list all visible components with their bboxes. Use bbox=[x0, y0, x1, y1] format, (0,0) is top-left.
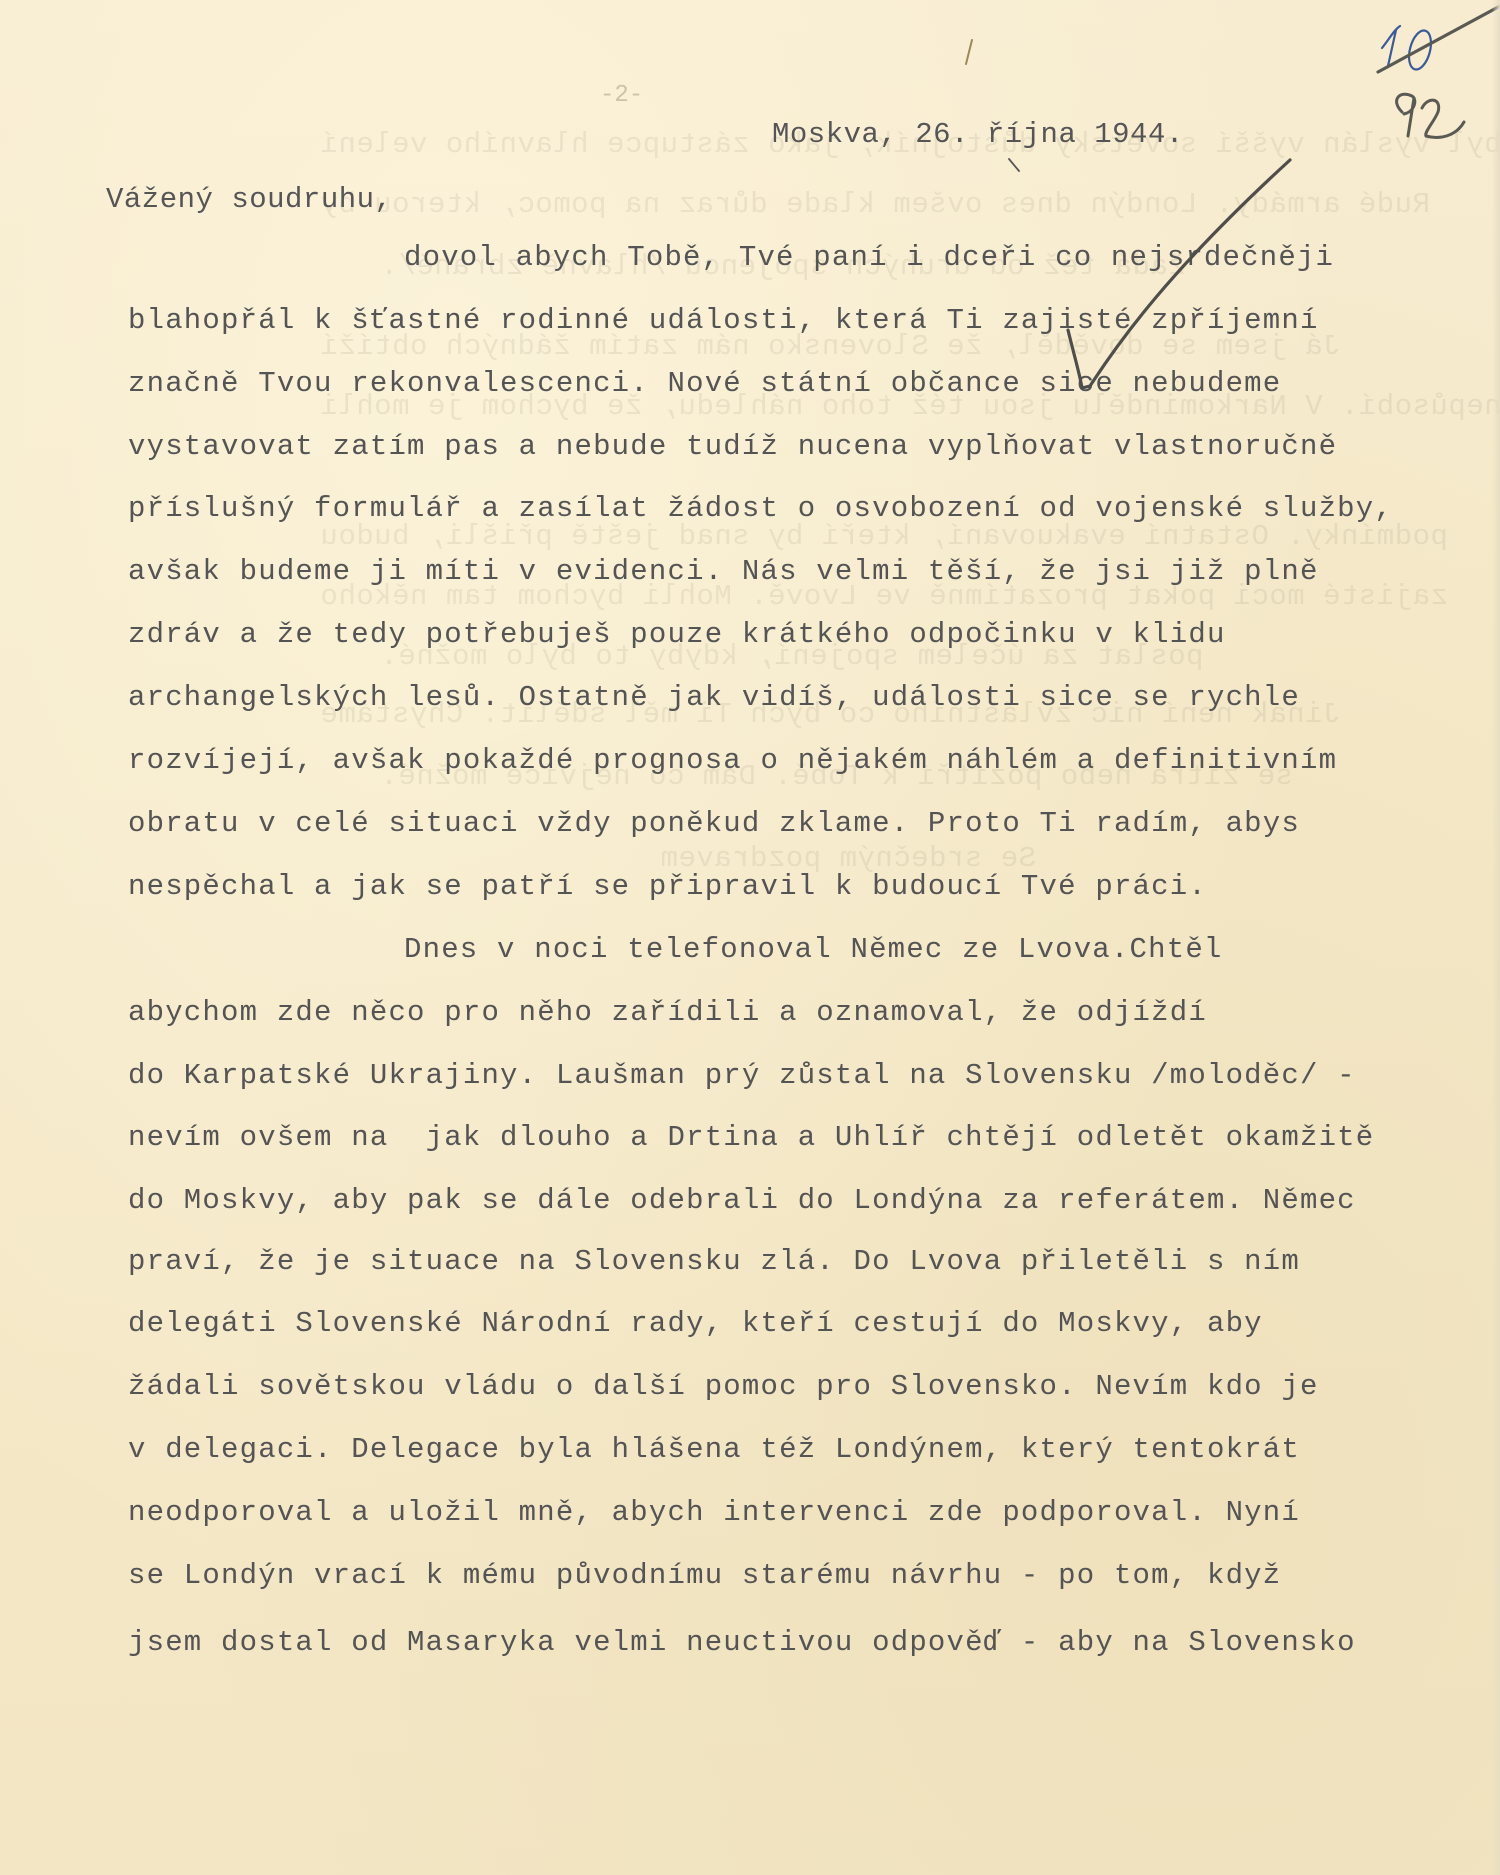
body-line: avšak budeme ji míti v evidenci. Nás vel… bbox=[128, 555, 1319, 588]
page-edge bbox=[1492, 0, 1500, 1875]
pencil-tick-icon bbox=[960, 38, 980, 68]
body-line: rozvíjejí, avšak pokaždé prognosa o něja… bbox=[128, 744, 1337, 777]
body-line: Dnes v noci telefonoval Němec ze Lvova.C… bbox=[404, 933, 1223, 966]
body-line: neodporoval a uložil mně, abych interven… bbox=[128, 1496, 1300, 1529]
body-line: blahopřál k šťastné rodinné události, kt… bbox=[128, 304, 1319, 337]
body-line: dovol abych Tobě, Tvé paní i dceři co ne… bbox=[404, 241, 1334, 274]
salutation: Vážený soudruhu, bbox=[106, 183, 392, 216]
body-line: archangelských lesů. Ostatně jak vidíš, … bbox=[128, 681, 1300, 714]
body-line: abychom zde něco pro něho zařídili a ozn… bbox=[128, 996, 1207, 1029]
page-number: -2- bbox=[600, 82, 643, 109]
body-line: nespěchal a jak se patří se připravil k … bbox=[128, 870, 1207, 903]
bleed-line: Rudé armády. Londýn dnes ovšem klade důr… bbox=[320, 188, 1430, 221]
body-line: značně Tvou rekonvalescenci. Nové státní… bbox=[128, 367, 1281, 400]
body-line: obratu v celé situaci vždy poněkud zklam… bbox=[128, 807, 1300, 840]
body-line: vystavovat zatím pas a nebude tudíž nuce… bbox=[128, 430, 1337, 463]
body-line: žádali sovětskou vládu o další pomoc pro… bbox=[128, 1370, 1319, 1403]
body-line: v delegaci. Delegace byla hlášena též Lo… bbox=[128, 1433, 1300, 1466]
date-line: Moskva, 26. října 1944. bbox=[772, 118, 1184, 151]
letter-page: byl vyslán vyšší sovětský důstojník, jak… bbox=[0, 0, 1500, 1875]
body-line: nevím ovšem na jak dlouho a Drtina a Uhl… bbox=[128, 1121, 1374, 1154]
body-line: praví, že je situace na Slovensku zlá. D… bbox=[128, 1245, 1300, 1278]
pencil-mark-icon bbox=[1005, 155, 1025, 175]
body-line: delegáti Slovenské Národní rady, kteří c… bbox=[128, 1307, 1263, 1340]
body-line: jsem dostal od Masaryka velmi neuctivou … bbox=[128, 1626, 1356, 1659]
folio-annotation-icon bbox=[1360, 0, 1500, 160]
body-line: zdráv a že tedy potřebuješ pouze krátkéh… bbox=[128, 618, 1226, 651]
body-line: příslušný formulář a zasílat žádost o os… bbox=[128, 492, 1393, 525]
body-line: do Moskvy, aby pak se dále odebrali do L… bbox=[128, 1184, 1356, 1217]
body-line: se Londýn vrací k mému původnímu starému… bbox=[128, 1559, 1281, 1592]
body-line: do Karpatské Ukrajiny. Laušman prý zůsta… bbox=[128, 1059, 1356, 1092]
